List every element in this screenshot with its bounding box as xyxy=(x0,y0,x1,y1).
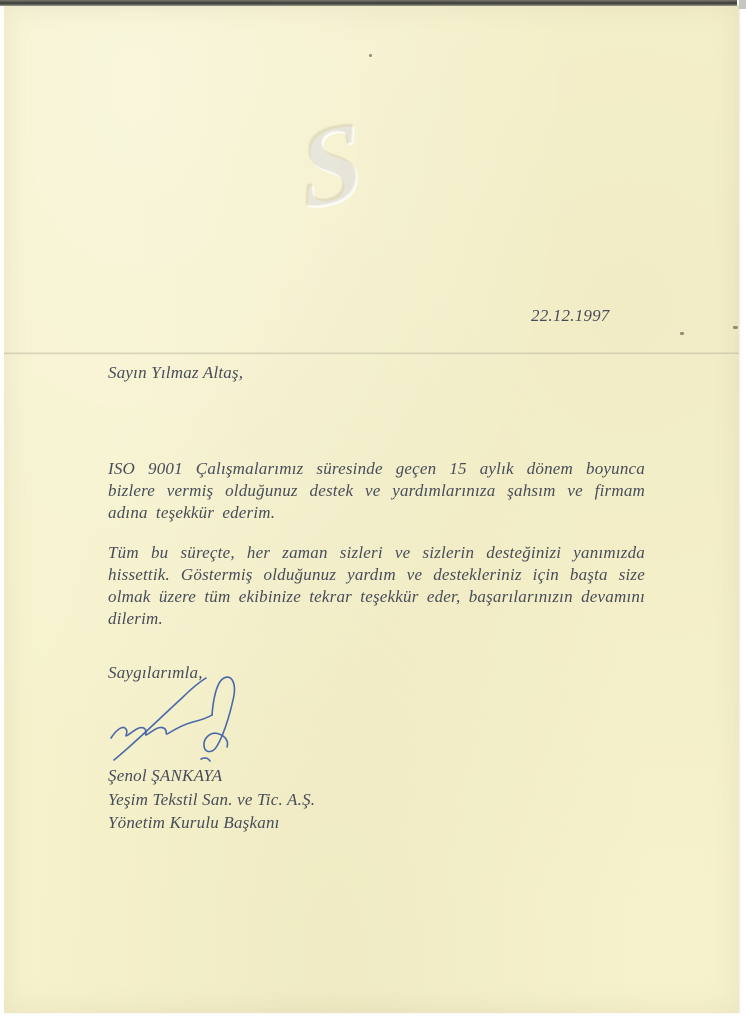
signature-block: Şenol ŞANKAYA Yeşim Tekstil San. ve Tic.… xyxy=(108,764,315,835)
letter-date: 22.12.1997 xyxy=(531,305,610,327)
scanned-letter-page: S 22.12.1997 Sayın Yılmaz Altaş, ISO 900… xyxy=(0,0,746,1024)
scan-speck xyxy=(733,326,738,329)
letter-paragraph-1: ISO 9001 Çalışmalarımız süresinde geçen … xyxy=(108,458,645,524)
letter-paragraph-2: Tüm bu süreçte, her zaman sizleri ve siz… xyxy=(108,542,645,630)
scan-speck xyxy=(369,54,372,57)
letter-salutation: Sayın Yılmaz Altaş, xyxy=(108,362,243,384)
signer-name: Şenol ŞANKAYA xyxy=(108,764,315,788)
letter-paper: S 22.12.1997 Sayın Yılmaz Altaş, ISO 900… xyxy=(4,5,739,1013)
scan-speck xyxy=(680,332,684,335)
signer-company: Yeşim Tekstil San. ve Tic. A.Ş. xyxy=(108,788,315,812)
embossed-watermark-icon: S xyxy=(295,103,368,228)
signer-title: Yönetim Kurulu Başkanı xyxy=(108,811,315,835)
scanner-edge-artifact xyxy=(0,0,737,6)
handwritten-signature xyxy=(108,674,262,764)
signature-ink-strokes xyxy=(108,674,262,764)
scanner-corner-artifact xyxy=(739,0,746,9)
paper-fold-line xyxy=(4,352,739,355)
